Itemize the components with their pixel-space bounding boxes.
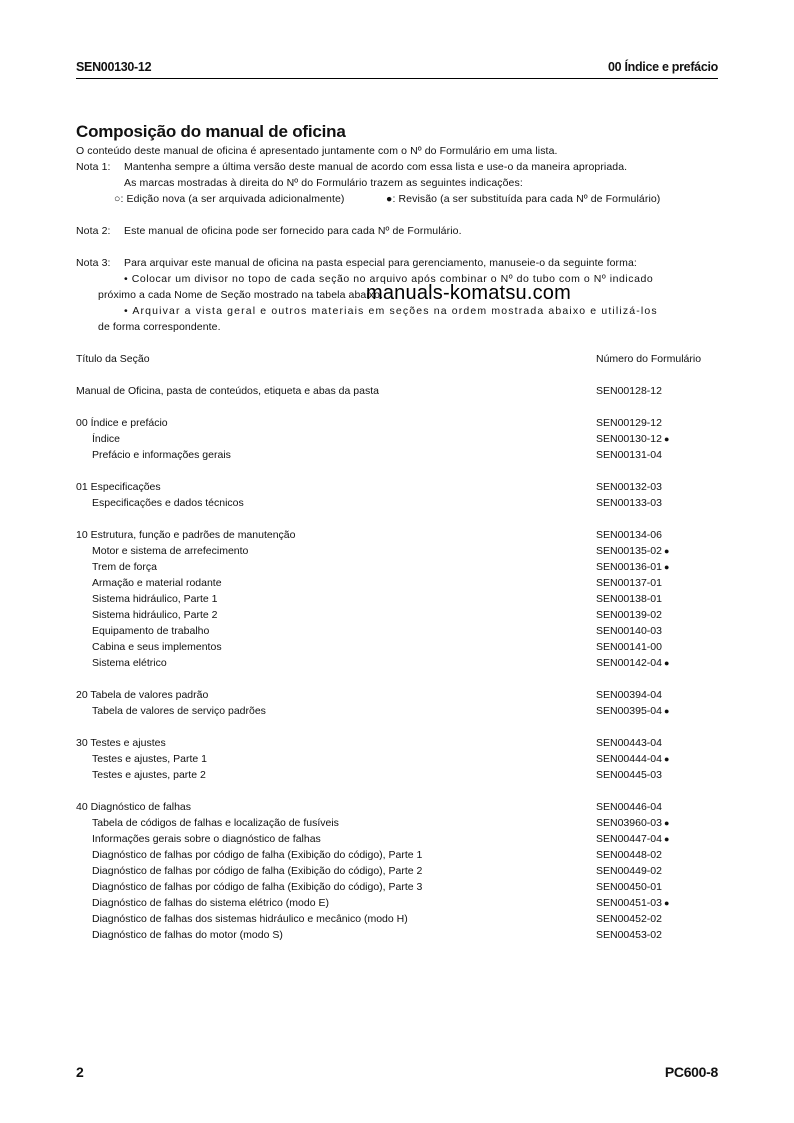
form-number-text: SEN00452-02 [596,913,662,925]
section-title: Tabela de valores de serviço padrões [92,705,266,717]
form-number: SEN00453-02 [596,929,662,941]
section-title: Diagnóstico de falhas por código de falh… [92,881,422,893]
form-number: SEN00446-04 [596,801,662,813]
form-number: SEN00139-02 [596,609,662,621]
table-row: Especificações e dados técnicosSEN00133-… [76,497,718,513]
table-row: Cabina e seus implementosSEN00141-00 [76,641,718,657]
table-row: Diagnóstico de falhas do sistema elétric… [76,897,718,913]
form-number: SEN00133-03 [596,497,662,509]
table-row: 10 Estrutura, função e padrões de manute… [76,529,718,545]
doc-code: SEN00130-12 [76,60,151,74]
section-title: Testes e ajustes, Parte 1 [92,753,207,765]
section-title: Índice [92,433,120,445]
table-row: 01 EspecificaçõesSEN00132-03 [76,481,718,497]
form-number: SEN00443-04 [596,737,662,749]
form-number-text: SEN00134-06 [596,529,662,541]
revision-mark-icon: ● [664,706,669,716]
form-number-text: SEN00135-02 [596,545,662,557]
form-number-text: SEN00445-03 [596,769,662,781]
form-number-text: SEN00139-02 [596,609,662,621]
form-number-text: SEN03960-03 [596,817,662,829]
table-row: 40 Diagnóstico de falhasSEN00446-04 [76,801,718,817]
form-number: SEN00142-04● [596,657,669,669]
form-number: SEN00140-03 [596,625,662,637]
section-title: 20 Tabela de valores padrão [76,689,208,701]
revision-mark-icon: ● [664,546,669,556]
form-number-text: SEN00450-01 [596,881,662,893]
section-title: 30 Testes e ajustes [76,737,166,749]
form-number-text: SEN00138-01 [596,593,662,605]
form-number-text: SEN00453-02 [596,929,662,941]
section-title: Especificações e dados técnicos [92,497,244,509]
column-header-title: Título da Seção [76,353,150,365]
section-title: 10 Estrutura, função e padrões de manute… [76,529,295,541]
form-number-text: SEN00128-12 [596,385,662,397]
table-row: ÍndiceSEN00130-12● [76,433,718,449]
section-title: 01 Especificações [76,481,161,493]
form-number: SEN00141-00 [596,641,662,653]
table-row: Diagnóstico de falhas por código de falh… [76,849,718,865]
section-title: Trem de força [92,561,157,573]
table-row: Tabela de códigos de falhas e localizaçã… [76,817,718,833]
section-title: Armação e material rodante [92,577,222,589]
revision-mark-icon: ● [664,562,669,572]
form-number-text: SEN00141-00 [596,641,662,653]
bullet2-line2: de forma correspondente. [98,321,221,333]
form-number-text: SEN00142-04 [596,657,662,669]
section-title: Tabela de códigos de falhas e localizaçã… [92,817,339,829]
form-number: SEN00130-12● [596,433,669,445]
page-number: 2 [76,1064,84,1080]
table-row: Diagnóstico de falhas dos sistemas hidrá… [76,913,718,929]
section-title: 00 Índice e prefácio [76,417,168,429]
form-number: SEN00131-04 [596,449,662,461]
form-number-text: SEN00133-03 [596,497,662,509]
page-header: SEN00130-12 00 Índice e prefácio [76,58,718,79]
revision-mark-icon: ● [664,898,669,908]
form-number: SEN00134-06 [596,529,662,541]
table-row: Manual de Oficina, pasta de conteúdos, e… [76,385,718,401]
form-number-text: SEN00451-03 [596,897,662,909]
form-number: SEN00135-02● [596,545,669,557]
form-number-text: SEN00447-04 [596,833,662,845]
table-row: 30 Testes e ajustesSEN00443-04 [76,737,718,753]
page-title: Composição do manual de oficina [76,122,346,142]
nota1-line2: As marcas mostradas à direita do Nº do F… [124,177,523,189]
section-title: Equipamento de trabalho [92,625,209,637]
form-number-text: SEN00444-04 [596,753,662,765]
section-title: Sistema elétrico [92,657,167,669]
form-number: SEN00395-04● [596,705,669,717]
form-number-text: SEN00132-03 [596,481,662,493]
section-title: Diagnóstico de falhas por código de falh… [92,849,422,861]
nota3-label: Nota 3: [76,257,111,269]
nota2-text: Este manual de oficina pode ser fornecid… [124,225,462,237]
form-number: SEN00136-01● [596,561,669,573]
form-number: SEN00451-03● [596,897,669,909]
table-row: 20 Tabela de valores padrãoSEN00394-04 [76,689,718,705]
nota3-text: Para arquivar este manual de oficina na … [124,257,637,269]
table-header: Título da Seção Número do Formulário [76,353,718,369]
nota1-line1: Mantenha sempre a última versão deste ma… [124,161,627,173]
table-row: Informações gerais sobre o diagnóstico d… [76,833,718,849]
table-row: Sistema hidráulico, Parte 1SEN00138-01 [76,593,718,609]
table-row: Armação e material rodanteSEN00137-01 [76,577,718,593]
form-number-text: SEN00394-04 [596,689,662,701]
table-row: Equipamento de trabalhoSEN00140-03 [76,625,718,641]
revision-mark-icon: ● [664,834,669,844]
watermark: manuals-komatsu.com [366,282,571,305]
revision-mark-icon: ● [664,434,669,444]
form-number-text: SEN00137-01 [596,577,662,589]
form-number-text: SEN00131-04 [596,449,662,461]
bullet2-line1: • Arquivar a vista geral e outros materi… [124,305,658,317]
intro-text: O conteúdo deste manual de oficina é apr… [76,145,558,157]
section-title: Prefácio e informações gerais [92,449,231,461]
section-title: Motor e sistema de arrefecimento [92,545,248,557]
section-title: Diagnóstico de falhas do sistema elétric… [92,897,329,909]
machine-model: PC600-8 [665,1064,718,1080]
form-number: SEN00447-04● [596,833,669,845]
revision-mark-icon: ● [664,818,669,828]
table-row: 00 Índice e prefácioSEN00129-12 [76,417,718,433]
nota1-label: Nota 1: [76,161,111,173]
table-row: Testes e ajustes, parte 2SEN00445-03 [76,769,718,785]
form-number-text: SEN00446-04 [596,801,662,813]
revision-mark-icon: ● [664,658,669,668]
table-row: Testes e ajustes, Parte 1SEN00444-04● [76,753,718,769]
section-title: Diagnóstico de falhas do motor (modo S) [92,929,283,941]
column-header-form: Número do Formulário [596,353,701,365]
form-number-text: SEN00395-04 [596,705,662,717]
form-number-text: SEN00140-03 [596,625,662,637]
table-row: Trem de forçaSEN00136-01● [76,561,718,577]
table-row: Diagnóstico de falhas do motor (modo S)S… [76,929,718,945]
form-number: SEN00444-04● [596,753,669,765]
section-title: Cabina e seus implementos [92,641,222,653]
form-number: SEN00128-12 [596,385,662,397]
form-number-text: SEN00449-02 [596,865,662,877]
section-title: Manual de Oficina, pasta de conteúdos, e… [76,385,379,397]
section-title: Informações gerais sobre o diagnóstico d… [92,833,321,845]
form-number: SEN00445-03 [596,769,662,781]
form-number-text: SEN00136-01 [596,561,662,573]
form-number: SEN00394-04 [596,689,662,701]
form-number: SEN00450-01 [596,881,662,893]
section-title: Diagnóstico de falhas dos sistemas hidrá… [92,913,408,925]
legend-new-edition: ○: Edição nova (a ser arquivada adiciona… [114,193,345,205]
form-number: SEN00448-02 [596,849,662,861]
form-number: SEN00138-01 [596,593,662,605]
form-number-text: SEN00443-04 [596,737,662,749]
bullet1-line2: próximo a cada Nome de Seção mostrado na… [98,289,383,301]
form-number-text: SEN00130-12 [596,433,662,445]
form-number: SEN00452-02 [596,913,662,925]
revision-mark-icon: ● [664,754,669,764]
section-title: Sistema hidráulico, Parte 1 [92,593,217,605]
form-number: SEN00132-03 [596,481,662,493]
form-number-text: SEN00129-12 [596,417,662,429]
section-title: Sistema hidráulico, Parte 2 [92,609,217,621]
page-footer: 2 PC600-8 [76,1064,718,1084]
table-row: Sistema hidráulico, Parte 2SEN00139-02 [76,609,718,625]
section-title: 40 Diagnóstico de falhas [76,801,191,813]
nota2-label: Nota 2: [76,225,111,237]
table-row: Prefácio e informações geraisSEN00131-04 [76,449,718,465]
section-name: 00 Índice e prefácio [608,60,718,74]
form-number-text: SEN00448-02 [596,849,662,861]
table-row: Motor e sistema de arrefecimentoSEN00135… [76,545,718,561]
form-number: SEN00449-02 [596,865,662,877]
section-title: Testes e ajustes, parte 2 [92,769,206,781]
section-title: Diagnóstico de falhas por código de falh… [92,865,422,877]
form-number: SEN00129-12 [596,417,662,429]
table-row: Sistema elétricoSEN00142-04● [76,657,718,673]
table-row: Tabela de valores de serviço padrõesSEN0… [76,705,718,721]
table-row: Diagnóstico de falhas por código de falh… [76,865,718,881]
table-row: Diagnóstico de falhas por código de falh… [76,881,718,897]
form-number: SEN00137-01 [596,577,662,589]
form-number: SEN03960-03● [596,817,669,829]
legend-revision: ●: Revisão (a ser substituída para cada … [386,193,660,205]
